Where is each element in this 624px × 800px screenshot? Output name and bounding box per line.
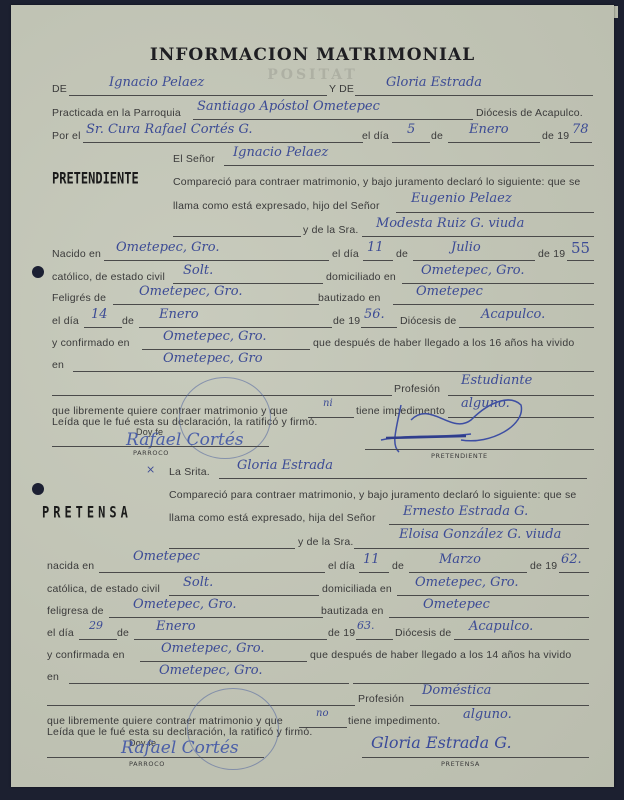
- llama-label: llama como está expresado, hijo del Seño…: [173, 200, 380, 212]
- feligres-field[interactable]: Ometepec, Gro.: [139, 284, 243, 299]
- feligresa-label: feligresa de: [47, 605, 104, 617]
- confirmada-en-field[interactable]: Ometepec, Gro.: [161, 641, 265, 656]
- signature-line: [47, 757, 264, 758]
- feligresa-field[interactable]: Ometepec, Gro.: [133, 597, 237, 612]
- profesion-label: Profesión: [358, 693, 404, 705]
- nacido-label: Nacido en: [52, 248, 101, 260]
- feligres-label: Feligrés de: [52, 292, 106, 304]
- y-de-label: Y DE: [329, 83, 354, 95]
- bleed-through-text: POSITAT: [11, 67, 614, 83]
- no-field[interactable]: no: [316, 708, 328, 719]
- field-line: [389, 617, 589, 618]
- de-19-label: de 19: [542, 130, 569, 142]
- field-line: [104, 260, 329, 261]
- signature-line: [362, 757, 589, 758]
- parroco-label: PARROCO: [133, 449, 169, 457]
- document-title: INFORMACION MATRIMONIAL: [11, 45, 614, 65]
- nacido-en-field[interactable]: Ometepec, Gro.: [116, 240, 220, 255]
- impedimento-field[interactable]: alguno.: [463, 707, 512, 722]
- field-line: [83, 142, 363, 143]
- de-label: de: [396, 248, 408, 260]
- field-line: [134, 639, 327, 640]
- field-line: [173, 236, 301, 237]
- confirmado-label: y confirmado en: [52, 337, 130, 349]
- pretendiente-mother-field[interactable]: Modesta Ruiz G. viuda: [376, 216, 524, 231]
- field-line: [410, 705, 589, 706]
- domicilio-field[interactable]: Ometepec, Gro.: [421, 263, 525, 278]
- de-label: DE: [52, 83, 67, 95]
- bau-dia-field[interactable]: 29: [89, 619, 103, 632]
- field-line: [570, 142, 592, 143]
- estado-civil-field[interactable]: Solt.: [183, 575, 213, 590]
- por-el-label: Por el: [52, 130, 81, 142]
- diocesis-acapulco-text: Diócesis de Acapulco.: [476, 107, 583, 119]
- impedimento-label: tiene impedimento.: [348, 715, 440, 727]
- bau-de19-label: de 19: [333, 315, 360, 327]
- pretendiente-section-label: PRETENDIENTE: [52, 169, 139, 187]
- bau-dia-label: el día: [47, 627, 74, 639]
- y-de-la-sra-label: y de la Sra.: [303, 224, 359, 236]
- parroquia-field[interactable]: Santiago Apóstol Ometepec: [197, 99, 380, 114]
- domiciliada-label: domiciliada en: [322, 583, 392, 595]
- pretensa-father-field[interactable]: Ernesto Estrada G.: [403, 504, 528, 519]
- catolica-label: católica, de estado civil: [47, 583, 160, 595]
- ni-field[interactable]: ni: [323, 398, 333, 409]
- bau-anio-field[interactable]: 63.: [357, 619, 375, 632]
- bau-de-label: de: [117, 627, 129, 639]
- field-line: [224, 165, 594, 166]
- field-line: [69, 683, 349, 684]
- field-line: [359, 572, 389, 573]
- field-line: [392, 142, 430, 143]
- bau-anio-field[interactable]: 56.: [364, 307, 385, 322]
- diocesis-field[interactable]: Acapulco.: [469, 619, 533, 634]
- punch-hole: [32, 266, 44, 278]
- field-line: [142, 349, 310, 350]
- domiciliado-label: domiciliado en: [326, 271, 396, 283]
- nacida-en-field[interactable]: Ometepec: [133, 549, 200, 564]
- diocesis-label: Diócesis de: [400, 315, 456, 327]
- comparecio-text: Compareció para contraer matrimonio, y b…: [173, 176, 580, 188]
- field-line: [79, 639, 117, 640]
- field-line: [73, 371, 594, 372]
- field-line: [139, 327, 332, 328]
- diocesis-field[interactable]: Acapulco.: [481, 307, 545, 322]
- pretensa-name-field[interactable]: Gloria Estrada: [237, 458, 333, 473]
- bautizada-en-field[interactable]: Ometepec: [423, 597, 490, 612]
- field-line: [113, 304, 319, 305]
- despues-text: que después de haber llegado a los 16 añ…: [313, 337, 574, 349]
- de-19-label: de 19: [538, 248, 565, 260]
- despues-text: que después de haber llegado a los 14 añ…: [310, 649, 571, 661]
- document-page: INFORMACION MATRIMONIAL POSITAT DE Ignac…: [11, 5, 614, 787]
- field-line: [193, 119, 473, 120]
- bride-name-field[interactable]: Gloria Estrada: [386, 75, 482, 90]
- el-dia-label: el día: [362, 130, 389, 142]
- anio-nac-field[interactable]: 62.: [561, 552, 582, 567]
- field-line: [140, 661, 307, 662]
- dia-nac-field[interactable]: 11: [363, 552, 380, 567]
- dia-nac-field[interactable]: 11: [367, 240, 384, 255]
- parroco-signature: Rafael Cortés: [126, 430, 244, 450]
- field-line: [84, 327, 122, 328]
- field-line: [559, 572, 589, 573]
- profesion-field[interactable]: Doméstica: [422, 683, 491, 698]
- field-line: [459, 327, 594, 328]
- bautizada-label: bautizada en: [321, 605, 384, 617]
- estado-civil-field[interactable]: Solt.: [183, 263, 213, 278]
- groom-name-field[interactable]: Ignacio Pelaez: [109, 75, 204, 90]
- punch-hole: [32, 483, 44, 495]
- field-line: [396, 212, 594, 213]
- comparecio-text: Compareció para contraer matrimonio, y b…: [169, 489, 576, 501]
- llama-label: llama como está expresado, hija del Seño…: [169, 512, 376, 524]
- confirmada-label: y confirmada en: [47, 649, 125, 661]
- bau-dia-field[interactable]: 14: [91, 307, 108, 322]
- en-label: en: [47, 671, 59, 683]
- field-line: [219, 478, 587, 479]
- field-line: [355, 95, 593, 96]
- diocesis-label: Diócesis de: [395, 627, 451, 639]
- por-el-field[interactable]: Sr. Cura Rafael Cortés G.: [86, 122, 253, 137]
- field-line: [363, 260, 393, 261]
- bau-dia-label: el día: [52, 315, 79, 327]
- field-line: [454, 639, 589, 640]
- field-line: [361, 327, 397, 328]
- el-dia-label: el día: [328, 560, 355, 572]
- pretensa-label: PRETENSA: [441, 760, 480, 768]
- pretendiente-father-field[interactable]: Eugenio Pelaez: [411, 191, 512, 206]
- profesion-field[interactable]: Estudiante: [461, 373, 532, 388]
- vivido-en-field[interactable]: Ometepec, Gro.: [159, 663, 263, 678]
- el-senor-label: El Señor: [173, 153, 215, 165]
- bautizado-label: bautizado en: [318, 292, 381, 304]
- bau-mes-field[interactable]: Enero: [156, 619, 196, 634]
- la-srita-label: La Srita.: [169, 466, 210, 478]
- field-line: [109, 617, 323, 618]
- pretendiente-name-field[interactable]: Ignacio Pelaez: [233, 145, 328, 160]
- dia-field[interactable]: 5: [407, 122, 415, 137]
- bau-de-label: de: [122, 315, 134, 327]
- field-line: [356, 639, 393, 640]
- field-line: [448, 142, 540, 143]
- catolico-label: católico, de estado civil: [52, 271, 165, 283]
- de-label: de: [392, 560, 404, 572]
- vivido-en-field[interactable]: Ometepec, Gro: [163, 351, 263, 366]
- el-dia-label: el día: [332, 248, 359, 260]
- parroco-label: PARROCO: [129, 760, 165, 768]
- parroco-signature: Rafael Cortés: [121, 738, 239, 758]
- pretensa-signature: Gloria Estrada G.: [371, 733, 512, 752]
- bau-mes-field[interactable]: Enero: [159, 307, 199, 322]
- en-label: en: [52, 359, 64, 371]
- parroquia-label: Practicada en la Parroquia: [52, 107, 181, 119]
- field-line: [409, 572, 527, 573]
- field-line: [413, 260, 535, 261]
- anio-field[interactable]: 78: [572, 122, 589, 137]
- anio-nac-field[interactable]: 55: [571, 239, 590, 257]
- mes-nac-field[interactable]: Marzo: [439, 552, 481, 567]
- confirmado-en-field[interactable]: Ometepec, Gro.: [163, 329, 267, 344]
- mark-x: ×: [146, 463, 155, 476]
- nacida-label: nacida en: [47, 560, 94, 572]
- field-line: [69, 95, 327, 96]
- bautizado-en-field[interactable]: Ometepec: [416, 284, 483, 299]
- bau-de19-label: de 19: [328, 627, 355, 639]
- field-line: [354, 548, 589, 549]
- mes-nac-field[interactable]: Julio: [451, 240, 481, 255]
- field-line: [169, 595, 319, 596]
- field-line: [397, 595, 589, 596]
- de-label: de: [431, 130, 443, 142]
- de-19-label: de 19: [530, 560, 557, 572]
- y-de-la-sra-label: y de la Sra.: [298, 536, 354, 548]
- signature-line: [365, 449, 594, 450]
- field-line: [393, 304, 594, 305]
- pretendiente-label: PRETENDIENTE: [431, 452, 488, 460]
- signature-line: [52, 446, 269, 447]
- pretensa-section-label: PRETENSA: [42, 503, 132, 521]
- mes-field[interactable]: Enero: [469, 122, 509, 137]
- pretensa-mother-field[interactable]: Eloisa González G. viuda: [399, 527, 561, 542]
- field-line: [362, 236, 594, 237]
- field-line: [567, 260, 594, 261]
- field-line: [389, 524, 589, 525]
- domicilio-field[interactable]: Ometepec, Gro.: [415, 575, 519, 590]
- field-line: [99, 572, 325, 573]
